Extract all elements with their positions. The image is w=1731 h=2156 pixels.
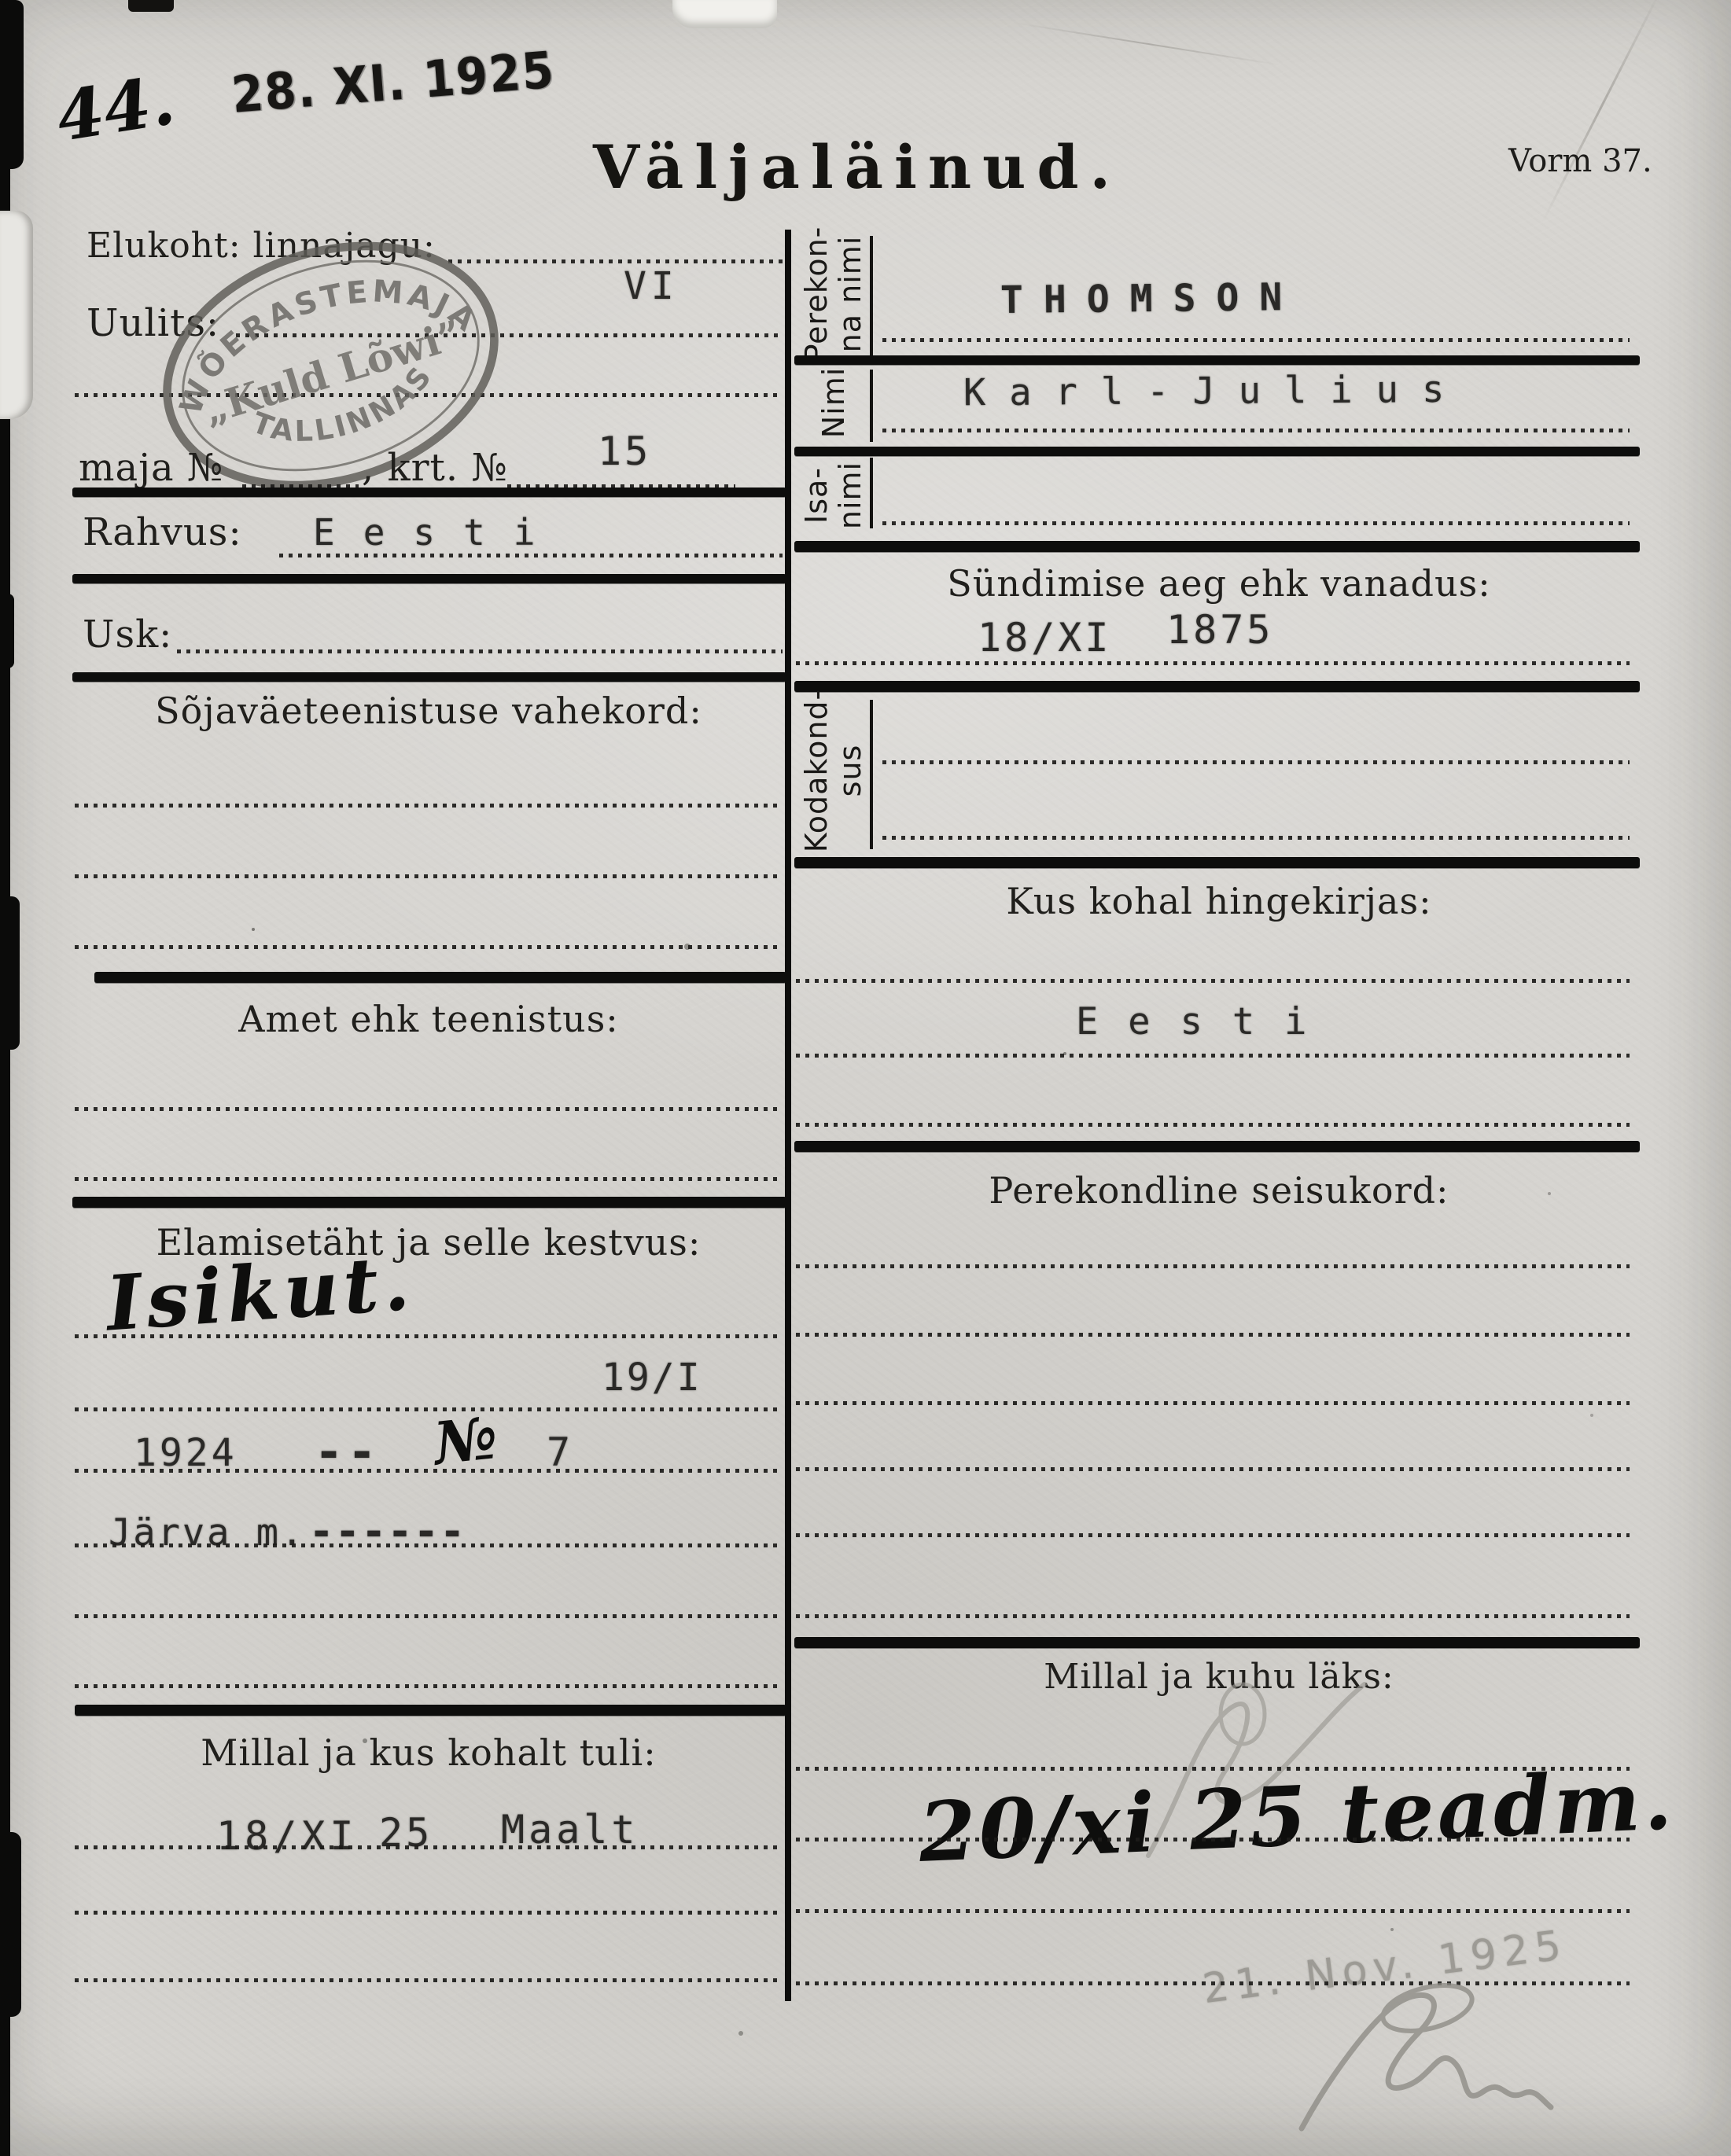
field-label-isanimi: Isa- nimi	[796, 448, 871, 543]
dotted-line	[75, 1614, 783, 1618]
dotted-line	[882, 760, 1630, 764]
dotted-line	[882, 836, 1630, 840]
dotted-line	[796, 1614, 1630, 1618]
dotted-line	[75, 1684, 783, 1688]
dotted-line	[796, 1467, 1630, 1471]
dotted-line	[177, 649, 783, 653]
section-heading-sojavae: Sõjaväeteenistuse vahekord:	[75, 692, 783, 730]
rule-line	[794, 541, 1640, 552]
dotted-line	[75, 1543, 783, 1547]
scan-edge-blob	[0, 896, 20, 1050]
elamistaht-place-typed: Järva m.	[109, 1511, 305, 1554]
field-label-rahvus: Rahvus:	[83, 513, 242, 552]
dotted-line	[796, 1838, 1630, 1841]
dotted-line	[796, 1264, 1630, 1268]
dotted-line	[75, 1334, 783, 1338]
linnajagu-typed-value: VI	[624, 264, 679, 308]
dotted-line	[75, 1469, 783, 1473]
section-heading-sundimise: Sündimise aeg ehk vanadus:	[826, 565, 1612, 602]
signature-pencil	[1274, 1975, 1557, 2148]
column-divider	[785, 230, 791, 2001]
rule-line	[72, 487, 786, 497]
scan-edge-top-mark	[128, 0, 174, 12]
dotted-line	[279, 554, 783, 557]
paper-specks	[252, 928, 255, 931]
dotted-line	[796, 1401, 1630, 1405]
elamistaht-no-sign-handwritten: №	[431, 1404, 501, 1478]
perekonnanimi-typed-value: THOMSON	[1000, 275, 1303, 322]
label-divider	[870, 370, 873, 442]
hingekirjas-typed-value: Eesti	[1076, 1000, 1336, 1043]
form-number: Vorm 37.	[1508, 143, 1652, 179]
page-title: Väljaläinud.	[511, 132, 1203, 202]
rule-line	[72, 574, 786, 583]
dotted-line	[448, 259, 783, 263]
sundimise-date-typed: 18/XI	[978, 615, 1112, 660]
label-divider	[870, 458, 873, 528]
rule-line	[72, 1197, 786, 1208]
tuli-date-typed: 18/XI	[216, 1813, 359, 1859]
scan-edge-blob	[0, 0, 24, 169]
rahvus-typed-value: Eesti	[313, 511, 563, 554]
crease-line	[1541, 0, 1661, 223]
dotted-line	[75, 1177, 783, 1181]
dotted-line	[75, 945, 783, 949]
dotted-line	[796, 661, 1630, 665]
section-heading-tuli: Millal ja kus kohalt tuli:	[75, 1734, 783, 1772]
dotted-line	[75, 1107, 783, 1111]
field-label-maja: maja №	[79, 448, 223, 487]
dotted-line	[796, 1054, 1630, 1058]
dotted-line	[796, 1533, 1630, 1537]
dotted-line	[796, 1123, 1630, 1127]
scan-edge-blob	[0, 1832, 21, 2017]
field-label-perekonnanimi: Perekon- na nimi	[796, 230, 871, 359]
crease-line	[1016, 22, 1280, 65]
field-label-krt: , krt. №	[362, 448, 508, 487]
rule-line	[794, 1637, 1640, 1648]
rule-line	[72, 672, 786, 682]
krt-typed-value: 15	[598, 429, 651, 474]
dotted-line	[796, 979, 1630, 983]
nimi-typed-value: Karl-Julius	[963, 368, 1468, 414]
rule-line	[794, 1141, 1640, 1152]
registration-number-handwritten: 44.	[51, 61, 180, 157]
section-heading-perekondline: Perekondline seisukord:	[826, 1172, 1612, 1209]
dotted-line	[75, 1407, 783, 1411]
sundimise-year-typed: 1875	[1166, 607, 1273, 653]
field-label-nimi: Nimi	[796, 357, 871, 448]
torn-notch-top	[672, 0, 777, 28]
dotted-line	[796, 1333, 1630, 1337]
rule-line	[794, 447, 1640, 456]
dotted-line	[75, 804, 783, 808]
elamistaht-date-typed: 19/I	[602, 1356, 702, 1400]
registration-card-scan: 44. 28. XI. 1925 Väljaläinud. Vorm 37. E…	[0, 0, 1731, 2156]
field-label-kodakondsus: Kodakond- sus	[796, 682, 871, 859]
dotted-line	[882, 338, 1630, 342]
rule-line	[75, 1705, 786, 1716]
rule-line	[794, 681, 1640, 692]
dotted-line	[75, 1845, 783, 1849]
torn-paper-edge	[0, 211, 33, 419]
received-date-stamp: 28. XI. 1925	[230, 42, 557, 125]
elamistaht-underscore-typed: ------	[309, 1508, 466, 1555]
rule-line	[794, 355, 1640, 365]
dotted-line	[796, 1909, 1630, 1913]
label-divider	[870, 236, 873, 355]
rule-line	[94, 972, 786, 983]
rule-line	[794, 857, 1640, 868]
dotted-line	[882, 521, 1630, 525]
dotted-line	[75, 1911, 783, 1915]
dotted-line	[75, 1978, 783, 1982]
section-heading-amet: Amet ehk teenistus:	[75, 1000, 783, 1038]
label-divider	[870, 700, 873, 849]
scan-edge-blob	[0, 594, 14, 668]
field-label-usk: Usk:	[83, 615, 172, 654]
section-heading-hingekirjas: Kus kohal hingekirjas:	[826, 882, 1612, 920]
dotted-line	[882, 429, 1630, 432]
dotted-line	[75, 874, 783, 878]
